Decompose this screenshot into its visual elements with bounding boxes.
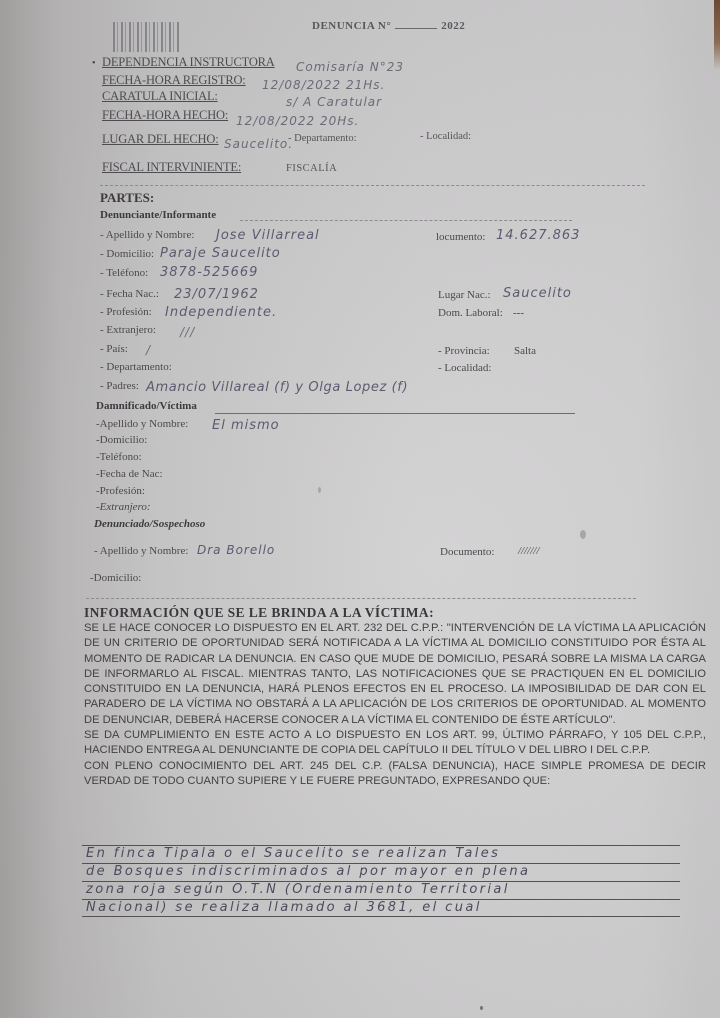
lugar-value: Saucelito.: [224, 137, 293, 151]
fecha-hecho-label: FECHA-HORA HECHO:: [102, 108, 228, 123]
dependencia-label: DEPENDENCIA INSTRUCTORA: [102, 55, 275, 70]
denunciado-documento-label: Documento:: [440, 546, 494, 558]
denunciado-documento-value: ///////: [518, 545, 539, 557]
declaracion-line: de Bosques indiscriminados al por mayor …: [86, 864, 676, 879]
damnificado-apellido-label: -Apellido y Nombre:: [96, 418, 188, 430]
denunciante-domicilio-label: - Domicilio:: [100, 248, 154, 260]
denunciante-extranjero-label: - Extranjero:: [100, 324, 156, 336]
denunciante-padres-value: Amancio Villareal (f) y Olga Lopez (f): [146, 380, 408, 395]
denunciante-departamento-label: - Departamento:: [100, 361, 172, 373]
denunciante-localidad-label: - Localidad:: [438, 362, 491, 374]
separator-line-2: [86, 598, 636, 599]
caratula-label: CARATULA INICIAL:: [102, 89, 218, 104]
denunciante-telefono-label: - Teléfono:: [100, 267, 148, 279]
damnificado-domicilio-label: -Domicilio:: [96, 434, 147, 446]
partes-title: PARTES:: [100, 190, 154, 206]
ruled-line: [82, 916, 680, 917]
table-edge: [714, 0, 720, 70]
barcode-icon: [113, 22, 179, 52]
denunciante-provincia-value: Salta: [514, 345, 536, 357]
fecha-registro-label: FECHA-HORA REGISTRO:: [102, 73, 246, 88]
informacion-heading: INFORMACIÓN QUE SE LE BRINDA A LA VÍCTIM…: [84, 605, 434, 621]
denunciante-extranjero-value: ///: [180, 325, 195, 339]
denuncia-number-blank: [395, 28, 437, 29]
lugar-label: LUGAR DEL HECHO:: [102, 132, 218, 147]
denunciado-title: Denunciado/Sospechoso: [94, 518, 205, 530]
denunciante-apellido-label: - Apellido y Nombre:: [100, 229, 194, 241]
denunciado-domicilio-label: -Domicilio:: [90, 572, 141, 584]
denunciante-telefono-value: 3878-525669: [160, 265, 258, 280]
denunciante-provincia-label: - Provincia:: [438, 345, 490, 357]
denunciante-title: Denunciante/Informante: [100, 209, 216, 221]
fecha-registro-value: 12/08/2022 21Hs.: [262, 78, 385, 92]
denunciante-lugar-nac-value: Saucelito: [503, 286, 572, 301]
document-title: DENUNCIA N°2022: [312, 20, 465, 32]
damnificado-profesion-label: -Profesión:: [96, 485, 145, 497]
denunciante-lugar-nac-label: Lugar Nac.:: [438, 289, 491, 301]
paper-speck: [580, 530, 586, 539]
lugar-localidad-label: - Localidad:: [420, 131, 471, 142]
damnificado-apellido-value: El mismo: [212, 418, 280, 433]
denunciante-documento-label: locumento:: [436, 231, 486, 243]
denunciado-apellido-value: Dra Borello: [197, 543, 275, 557]
fiscal-value: FISCALÍA: [286, 163, 337, 174]
paper-speck: [480, 1006, 483, 1010]
paper-speck: [318, 487, 321, 493]
separator-line: [100, 185, 645, 186]
denunciante-pais-value: /: [146, 343, 151, 357]
damnificado-underline: [215, 413, 575, 414]
denunciante-profesion-label: - Profesión:: [100, 306, 152, 318]
denunciante-profesion-value: Independiente.: [165, 305, 277, 320]
denunciante-documento-value: 14.627.863: [496, 228, 580, 243]
informacion-body: SE LE HACE CONOCER LO DISPUESTO EN EL AR…: [84, 621, 706, 789]
informacion-paragraph: SE LE HACE CONOCER LO DISPUESTO EN EL AR…: [84, 621, 706, 728]
denunciante-apellido-value: Jose Villarreal: [216, 228, 320, 243]
denunciante-underline: [240, 220, 572, 221]
denunciante-pais-label: - País:: [100, 343, 128, 355]
dependencia-value: Comisaría N°23: [296, 60, 404, 74]
title-year: 2022: [441, 20, 465, 32]
lugar-departamento-label: - Departamento:: [288, 133, 357, 144]
caratula-value: s/ A Caratular: [286, 95, 382, 109]
denunciante-domicilio-value: Paraje Saucelito: [160, 246, 281, 261]
damnificado-telefono-label: -Teléfono:: [96, 451, 142, 463]
denunciante-fecha-nac-value: 23/07/1962: [174, 287, 259, 302]
declaracion-line: Nacional) se realiza llamado al 3681, el…: [86, 900, 676, 915]
damnificado-fecha-nac-label: -Fecha de Nac:: [96, 468, 163, 480]
fecha-hecho-value: 12/08/2022 20Hs.: [236, 114, 359, 128]
informacion-paragraph: CON PLENO CONOCIMIENTO DEL ART. 245 DEL …: [84, 759, 706, 790]
fiscal-label: FISCAL INTERVINIENTE:: [102, 160, 241, 175]
denunciante-fecha-nac-label: - Fecha Nac.:: [100, 288, 159, 300]
denunciante-padres-label: - Padres:: [100, 380, 139, 392]
damnificado-title: Damnificado/Víctima: [96, 400, 197, 412]
title-prefix: DENUNCIA N°: [312, 20, 391, 32]
declaracion-line: zona roja según O.T.N (Ordenamiento Terr…: [86, 882, 676, 897]
denunciante-dom-laboral-value: ---: [513, 307, 524, 319]
bullet-dot: •: [92, 58, 96, 69]
denunciante-dom-laboral-label: Dom. Laboral:: [438, 307, 503, 319]
denunciado-apellido-label: - Apellido y Nombre:: [94, 545, 188, 557]
declaracion-line: En finca Tipala o el Saucelito se realiz…: [86, 846, 676, 861]
damnificado-extranjero-label: -Extranjero:: [96, 501, 151, 513]
informacion-paragraph: SE DA CUMPLIMIENTO EN ESTE ACTO A LO DIS…: [84, 728, 706, 759]
